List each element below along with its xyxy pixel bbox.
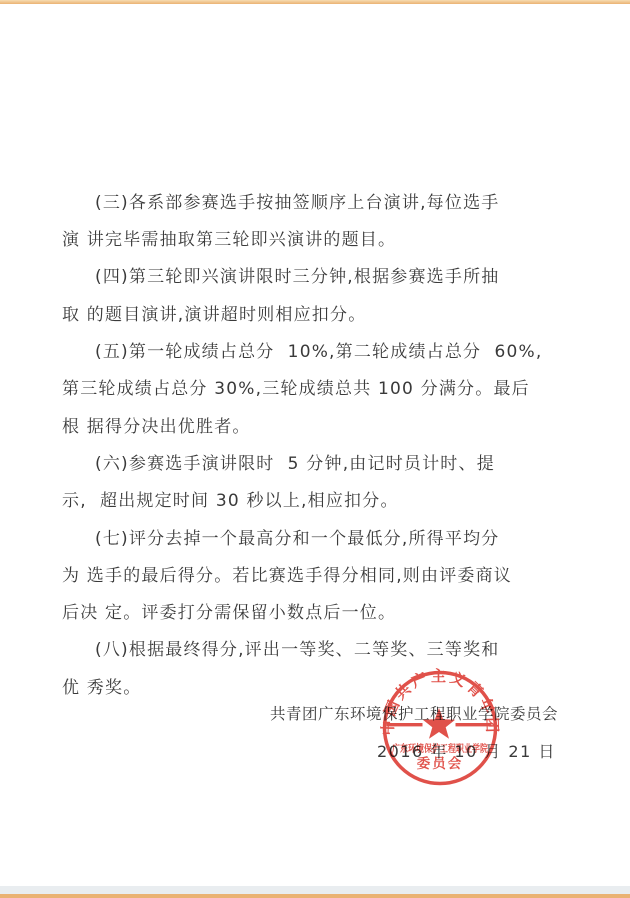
top-edge-band bbox=[0, 0, 630, 4]
text-line: (七)评分去掉一个最高分和一个最低分,所得平均分 bbox=[62, 521, 554, 558]
document-body: (三)各系部参赛选手按抽签顺序上台演讲,每位选手演 讲完毕需抽取第三轮即兴演讲的… bbox=[62, 73, 554, 707]
text-line: 示, 超出规定时间 30 秒以上,相应扣分。 bbox=[62, 483, 554, 520]
text-line: (八)根据最终得分,评出一等奖、二等奖、三等奖和 bbox=[62, 632, 554, 669]
text-line: (三)各系部参赛选手按抽签顺序上台演讲,每位选手 bbox=[62, 185, 554, 222]
text-line: 第三轮成绩占总分 30%,三轮成绩总共 100 分满分。最后 bbox=[62, 371, 554, 408]
text-line: 根 据得分决出优胜者。 bbox=[62, 409, 554, 446]
text-line: 演 讲完毕需抽取第三轮即兴演讲的题目。 bbox=[62, 222, 554, 259]
seal-org-text: 广东环境保护工程职业学院 bbox=[392, 742, 488, 755]
text-line: 后决 定。评委打分需保留小数点后一位。 bbox=[62, 595, 554, 632]
seal-committee-text: 委员会 bbox=[417, 755, 464, 772]
document-page: (三)各系部参赛选手按抽签顺序上台演讲,每位选手演 讲完毕需抽取第三轮即兴演讲的… bbox=[0, 0, 630, 898]
seal-left-bar bbox=[387, 723, 423, 726]
bottom-edge-band bbox=[0, 894, 630, 898]
text-line: 取 的题目演讲,演讲超时则相应扣分。 bbox=[62, 297, 554, 334]
seal-star-icon bbox=[423, 708, 455, 739]
text-line: 为 选手的最后得分。若比赛选手得分相同,则由评委商议 bbox=[62, 558, 554, 595]
seal-right-bar bbox=[456, 723, 492, 726]
text-line: (六)参赛选手演讲限时 5 分钟,由记时员计时、提 bbox=[62, 446, 554, 483]
bottom-gray-band bbox=[0, 886, 630, 894]
official-seal: 中国共产主义青年团 广东环境保护工程职业学院 委员会 bbox=[380, 668, 500, 788]
text-line: (五)第一轮成绩占总分 10%,第二轮成绩占总分 60%, bbox=[62, 334, 554, 371]
text-line: (四)第三轮即兴演讲限时三分钟,根据参赛选手所抽 bbox=[62, 259, 554, 296]
